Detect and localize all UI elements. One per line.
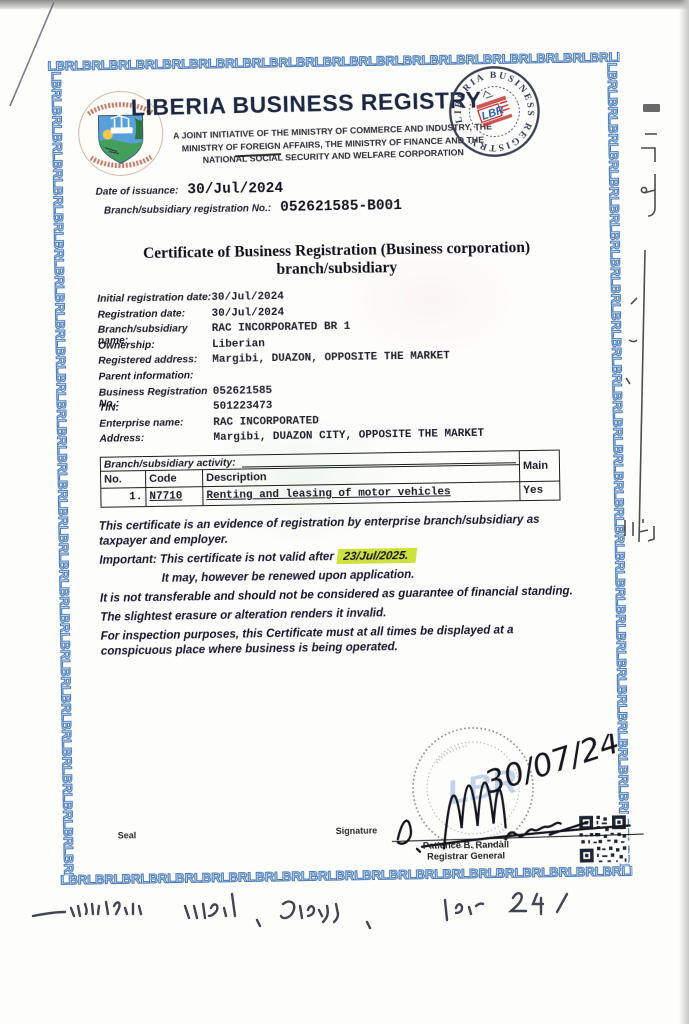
field-value: Margibi, DUAZON, OPPOSITE THE MARKET xyxy=(212,351,450,367)
expiry-date-highlight: 23/Jul/2025. xyxy=(336,548,417,564)
signature-label: Signature xyxy=(336,825,378,836)
registration-no-value: 052621585-B001 xyxy=(280,198,402,216)
activity-row-no: 1. xyxy=(101,488,146,508)
activity-table-section: Branch/subsidiary activity: Main No. Cod… xyxy=(100,450,560,508)
scan-edge-shadow-top xyxy=(0,0,689,10)
field-label: Address: xyxy=(99,432,213,445)
certificate-title: Certificate of Business Registration (Bu… xyxy=(50,238,622,283)
field-label: Registered address: xyxy=(98,354,212,367)
date-of-issuance-value: 30/Jul/2024 xyxy=(187,181,283,199)
scanned-certificate-page: LBRLBRLBRLBRLBRLBRLBRLBRLBRLBRLBRLBRLBRL… xyxy=(0,0,689,1024)
note-important-label: Important: xyxy=(99,553,157,567)
field-value: 501223473 xyxy=(213,400,273,413)
column-header-main: Main xyxy=(519,450,559,482)
field-value: Liberian xyxy=(212,338,265,351)
field-label: Registration date: xyxy=(97,308,211,321)
note-important-text: This certificate is not valid after xyxy=(160,550,334,566)
activity-row-code: N7710 xyxy=(146,487,203,507)
column-header-code: Code xyxy=(146,470,203,488)
field-value: 30/Jul/2024 xyxy=(211,291,284,304)
scan-edge-shadow-right xyxy=(679,0,689,1024)
field-label: TIN: xyxy=(99,401,213,414)
field-value: 052621585 xyxy=(213,385,273,398)
certificate-content: LIBERIA BUSINESS REGISTRY A JOINT INITIA… xyxy=(48,50,633,889)
note-inspection: For inspection purposes, this Certificat… xyxy=(100,621,578,659)
issuance-block: Date of issuance: 30/Jul/2024 Branch/sub… xyxy=(95,179,402,222)
registration-fields: Initial registration date: 30/Jul/2024 R… xyxy=(97,286,579,449)
field-value: 30/Jul/2024 xyxy=(211,306,284,319)
field-value: RAC INCORPORATED xyxy=(213,415,319,429)
field-label: Enterprise name: xyxy=(99,417,213,430)
note-evidence: This certificate is an evidence of regis… xyxy=(99,511,577,549)
registrar-signature-scribble: 30/07/24 xyxy=(380,733,642,897)
date-of-issuance-row: Date of issuance: 30/Jul/2024 xyxy=(95,179,401,200)
seal-label: Seal xyxy=(118,830,137,840)
registration-no-row: Branch/subsidiary registration No.: 0526… xyxy=(96,198,402,219)
date-of-issuance-label: Date of issuance: xyxy=(96,186,179,198)
certificate-frame: LBRLBRLBRLBRLBRLBRLBRLBRLBRLBRLBRLBRLBRL… xyxy=(48,50,633,889)
column-header-no: No. xyxy=(101,471,146,489)
certificate-notes: This certificate is an evidence of regis… xyxy=(99,511,579,662)
activity-row-main: Yes xyxy=(520,481,560,501)
handwritten-date: 30/07/24 xyxy=(481,733,625,801)
field-label: Initial registration date: xyxy=(97,292,211,305)
field-label: Parent information: xyxy=(98,370,212,383)
activity-row-description: Renting and leasing of motor vehicles xyxy=(203,482,520,506)
field-label: Ownership: xyxy=(98,339,212,352)
registration-no-label: Branch/subsidiary registration No.: xyxy=(104,203,271,217)
activity-label: Branch/subsidiary activity: xyxy=(104,458,236,471)
activity-table: Branch/subsidiary activity: Main No. Cod… xyxy=(100,450,561,508)
field-value: RAC INCORPORATED BR 1 xyxy=(212,321,351,335)
